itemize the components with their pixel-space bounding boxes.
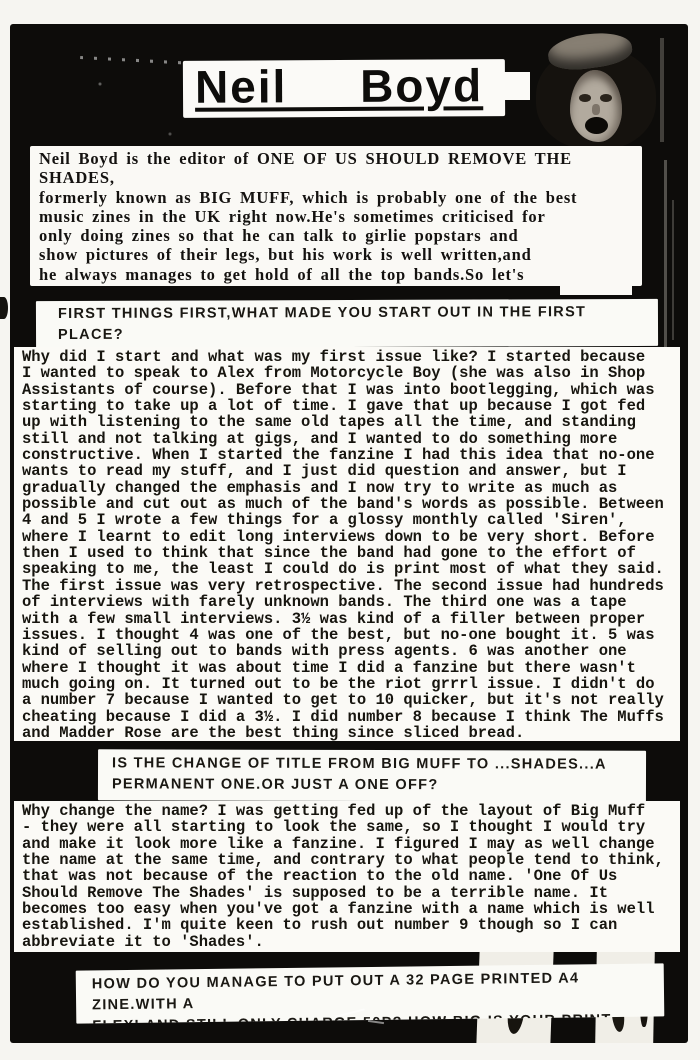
woman-open-mouth-shape [585,117,608,134]
intro-box-tab [560,284,632,295]
intro-box: Neil Boyd is the editor of ONE OF US SHO… [30,146,642,286]
question-banner-1: FIRST THINGS FIRST,WHAT MADE YOU START O… [36,299,658,348]
woman-nose-shadow [592,104,600,115]
answer-block-2: Why change the name? I was getting fed u… [14,801,680,952]
doorframe-streak-2 [672,200,674,340]
answer-block-1: Why did I start and what was my first is… [14,347,680,741]
question-banner-2: IS THE CHANGE OF TITLE FROM BIG MUFF TO … [98,749,646,801]
title-banner-tab [503,72,530,100]
zine-page: Neil Boyd Neil Boyd is the editor of ONE… [0,0,700,1060]
title-banner: Neil Boyd [183,59,505,118]
woman-photo [510,24,688,147]
woman-left-eye-shape [579,94,591,102]
question-banner-3: HOW DO YOU MANAGE TO PUT OUT A 32 PAGE P… [76,963,665,1023]
margin-ink-blob [0,297,8,319]
background-streak [660,38,664,142]
page-title: Neil Boyd [183,59,505,113]
doorframe-streak [664,160,667,350]
woman-right-eye-shape [600,94,612,102]
